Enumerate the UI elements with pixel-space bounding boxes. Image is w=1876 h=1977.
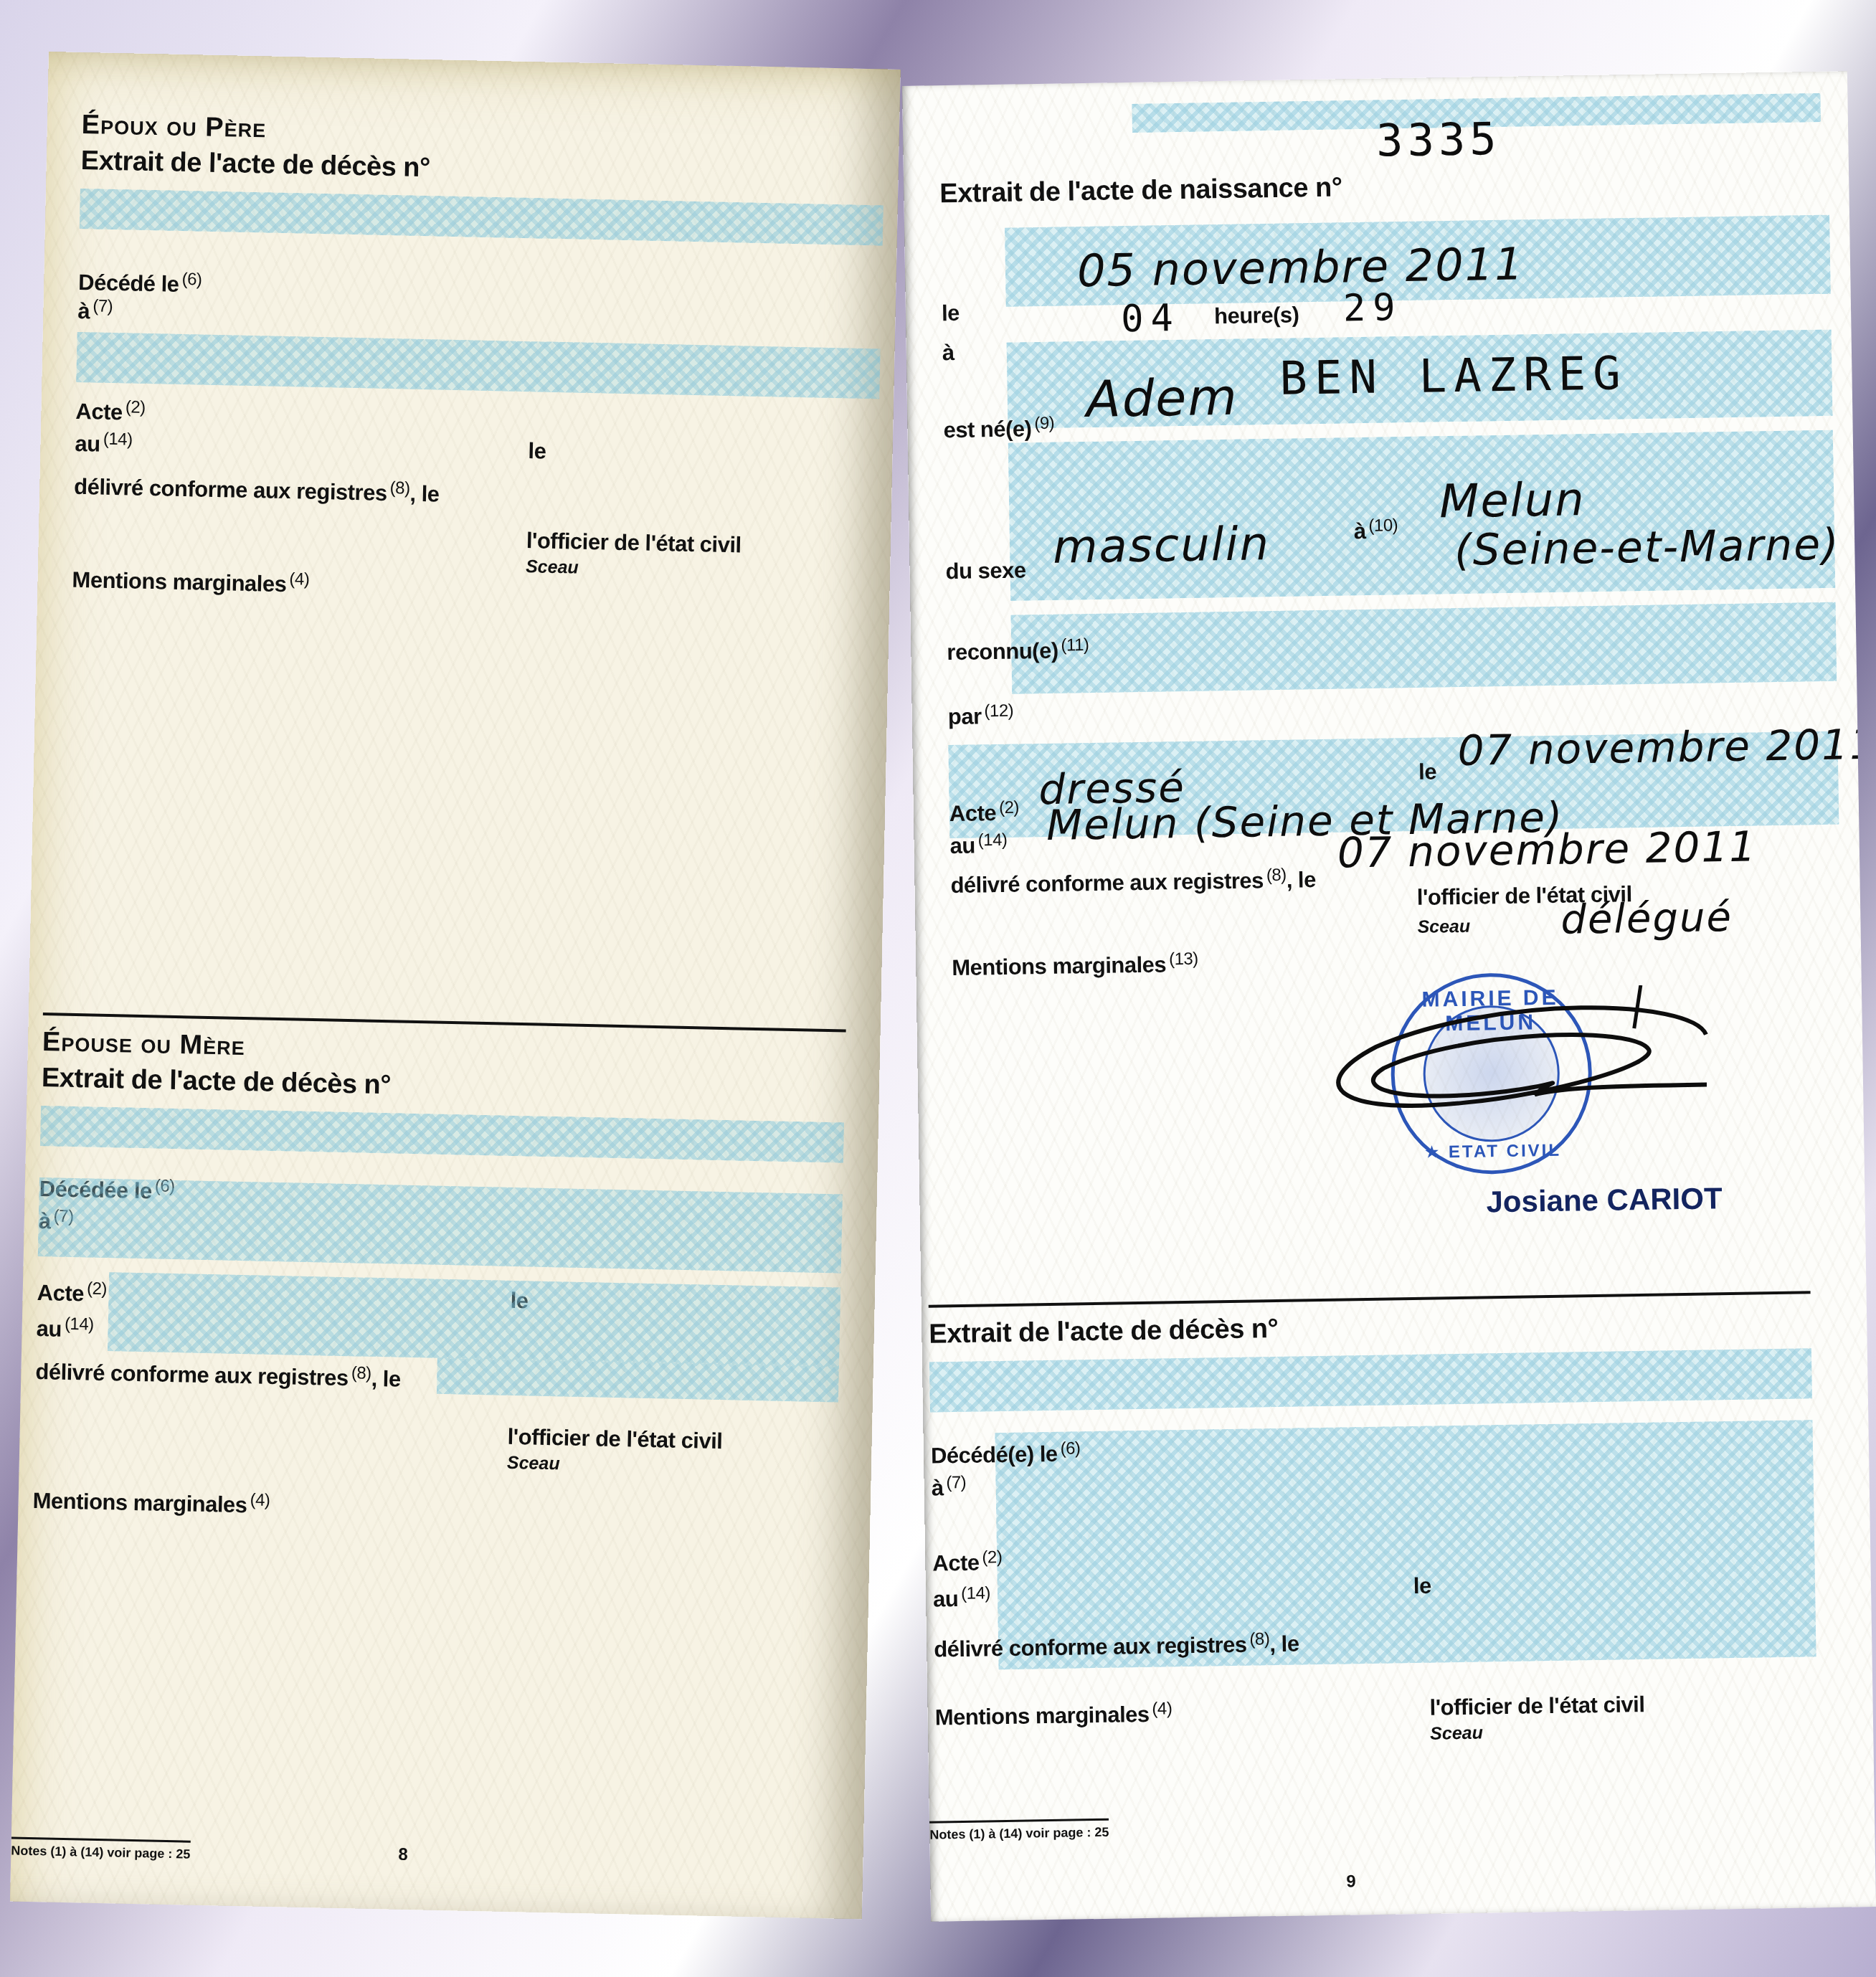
birth-hour-label: à: [942, 340, 954, 366]
birthplace-city: Melun: [1439, 473, 1586, 528]
mother-delivered-field: [437, 1358, 839, 1403]
father-section-heading: Époux ou Père: [81, 110, 266, 144]
father-number-field: [80, 189, 883, 245]
birthplace-label: à(10): [1354, 516, 1398, 544]
death-au-label: au(14): [933, 1583, 990, 1612]
death-mentions-label: Mentions marginales(4): [934, 1699, 1172, 1730]
birth-acte-label: Acte(2): [949, 798, 1020, 828]
death-le-label: le: [1413, 1573, 1431, 1599]
death-seal-label: Sceau: [1430, 1723, 1483, 1745]
mother-death-extract-title: Extrait de l'acte de décès n°: [42, 1063, 392, 1101]
birth-acte-date-value: 07 novembre 2011: [1457, 720, 1876, 775]
mother-section-heading: Épouse ou Mère: [42, 1027, 246, 1062]
mother-officer-label: l'officier de l'état civil: [507, 1424, 722, 1454]
mother-mentions-label: Mentions marginales(4): [32, 1486, 270, 1519]
sex-value: masculin: [1053, 518, 1271, 574]
father-place-field: [76, 332, 880, 399]
father-deceased-label: Décédé le(6): [78, 267, 202, 298]
officer-role: délégué: [1560, 894, 1733, 944]
birth-delivered-value: 07 novembre 2011: [1337, 822, 1757, 877]
death-place-label: à(7): [931, 1473, 966, 1502]
section-divider: [929, 1291, 1811, 1307]
father-le-label: le: [528, 438, 546, 465]
recognized-field: [1011, 602, 1837, 694]
birth-date-value: 05 novembre 2011: [1077, 237, 1525, 297]
birth-act-number: 3335: [1376, 113, 1501, 167]
mother-place-field: [38, 1177, 843, 1273]
birth-hour-value: 04: [1121, 297, 1181, 341]
death-extract-title: Extrait de l'acte de décès n°: [929, 1314, 1279, 1350]
death-deceased-label: Décédé(e) le(6): [931, 1438, 1081, 1469]
birth-extract-title: Extrait de l'acte de naissance n°: [939, 172, 1342, 209]
mother-acte-label: Acte(2): [37, 1278, 107, 1307]
signature-icon: [1318, 984, 1722, 1148]
death-delivered-label: délivré conforme aux registres(8), le: [934, 1629, 1299, 1663]
sex-place-field: [1008, 430, 1835, 601]
page-number: 9: [1346, 1872, 1356, 1892]
father-delivered-label: délivré conforme aux registres(8), le: [74, 472, 440, 508]
father-officer-label: l'officier de l'état civil: [526, 528, 741, 558]
recognized-label: reconnu(e)(11): [947, 635, 1089, 665]
sex-label: du sexe: [945, 557, 1026, 584]
death-acte-label: Acte(2): [932, 1547, 1003, 1577]
birth-seal-label: Sceau: [1417, 916, 1470, 938]
father-death-extract-title: Extrait de l'acte de décès n°: [80, 146, 430, 184]
mother-acte-field: [108, 1272, 840, 1366]
left-page: Époux ou Père Extrait de l'acte de décès…: [10, 52, 901, 1919]
born-label: est né(e)(9): [943, 414, 1054, 443]
birth-au-label: au(14): [949, 830, 1007, 859]
right-page: Extrait de l'acte de naissance n° 3335 l…: [902, 71, 1876, 1921]
officer-name: Josiane CARIOT: [1486, 1181, 1723, 1219]
birth-acte-date-label: le: [1418, 759, 1436, 784]
father-place-label: à(7): [77, 296, 113, 325]
child-first-name: Adem: [1086, 368, 1238, 429]
footnote-reference: Notes (1) à (14) voir page : 25: [11, 1836, 191, 1862]
mother-delivered-label: délivré conforme aux registres(8), le: [35, 1357, 401, 1393]
death-officer-label: l'officier de l'état civil: [1429, 1692, 1644, 1721]
father-mentions-label: Mentions marginales(4): [72, 565, 309, 598]
birth-delivered-label: délivré conforme aux registres(8), le: [950, 865, 1316, 899]
hours-label: heure(s): [1214, 302, 1299, 329]
father-seal-label: Sceau: [526, 556, 579, 579]
death-number-field: [929, 1348, 1812, 1412]
child-last-name: BEN LAZREG: [1279, 347, 1628, 406]
birthplace-department: (Seine-et-Marne): [1454, 520, 1840, 576]
mother-au-label: au(14): [36, 1314, 94, 1343]
by-label: par(12): [948, 701, 1014, 730]
father-au-label: au(14): [75, 429, 133, 458]
birth-minutes-value: 29: [1342, 286, 1403, 330]
mother-seal-label: Sceau: [507, 1453, 560, 1475]
mother-number-field: [40, 1106, 844, 1162]
page-number: 8: [398, 1845, 408, 1865]
birth-date-label: le: [942, 300, 960, 326]
birth-mentions-label: Mentions marginales(13): [952, 949, 1198, 981]
father-acte-label: Acte(2): [75, 397, 146, 426]
footnote-reference: Notes (1) à (14) voir page : 25: [929, 1819, 1109, 1843]
